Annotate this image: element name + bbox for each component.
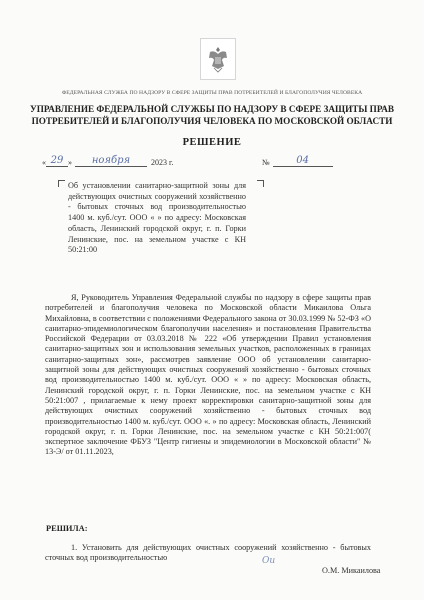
number-label: № <box>262 158 270 167</box>
decision-heading: РЕШИЛА: <box>46 524 88 533</box>
decision-item-1-text: 1. Установить для действующих очистных с… <box>45 543 371 564</box>
russian-coat-of-arms-icon <box>200 38 236 80</box>
decision-item-1: 1. Установить для действующих очистных с… <box>45 543 371 564</box>
subject-bracket-left <box>58 180 65 187</box>
number-value: 04 <box>273 155 333 167</box>
agency-name-line-1: УПРАВЛЕНИЕ ФЕДЕРАЛЬНОЙ СЛУЖБЫ ПО НАДЗОРУ… <box>0 103 424 115</box>
signer-name: О.М. Микаилова <box>322 566 380 575</box>
body-paragraph: Я, Руководитель Управления Федеральной с… <box>45 293 371 458</box>
agency-name-line-2: ПОТРЕБИТЕЛЕЙ И БЛАГОПОЛУЧИЯ ЧЕЛОВЕКА ПО … <box>0 115 424 127</box>
agency-name-regional: УПРАВЛЕНИЕ ФЕДЕРАЛЬНОЙ СЛУЖБЫ ПО НАДЗОРУ… <box>0 103 424 127</box>
subject-bracket-right <box>257 180 264 187</box>
handwritten-signature: Ои <box>262 556 275 566</box>
date-month: ноября <box>75 155 147 167</box>
document-page: ФЕДЕРАЛЬНАЯ СЛУЖБА ПО НАДЗОРУ В СФЕРЕ ЗА… <box>0 0 424 600</box>
document-date: « 29 » ноября 2023 г. <box>42 155 173 167</box>
document-body: Я, Руководитель Управления Федеральной с… <box>45 293 371 458</box>
date-year: 2023 г. <box>151 158 173 167</box>
date-close-quote: » <box>68 158 72 167</box>
document-number: № 04 <box>262 155 333 167</box>
agency-name-small: ФЕДЕРАЛЬНАЯ СЛУЖБА ПО НАДЗОРУ В СФЕРЕ ЗА… <box>0 90 424 96</box>
date-day: 29 <box>46 155 68 167</box>
document-title: РЕШЕНИЕ <box>0 137 424 148</box>
document-subject: Об установлении санитарно-защитной зоны … <box>68 181 246 256</box>
